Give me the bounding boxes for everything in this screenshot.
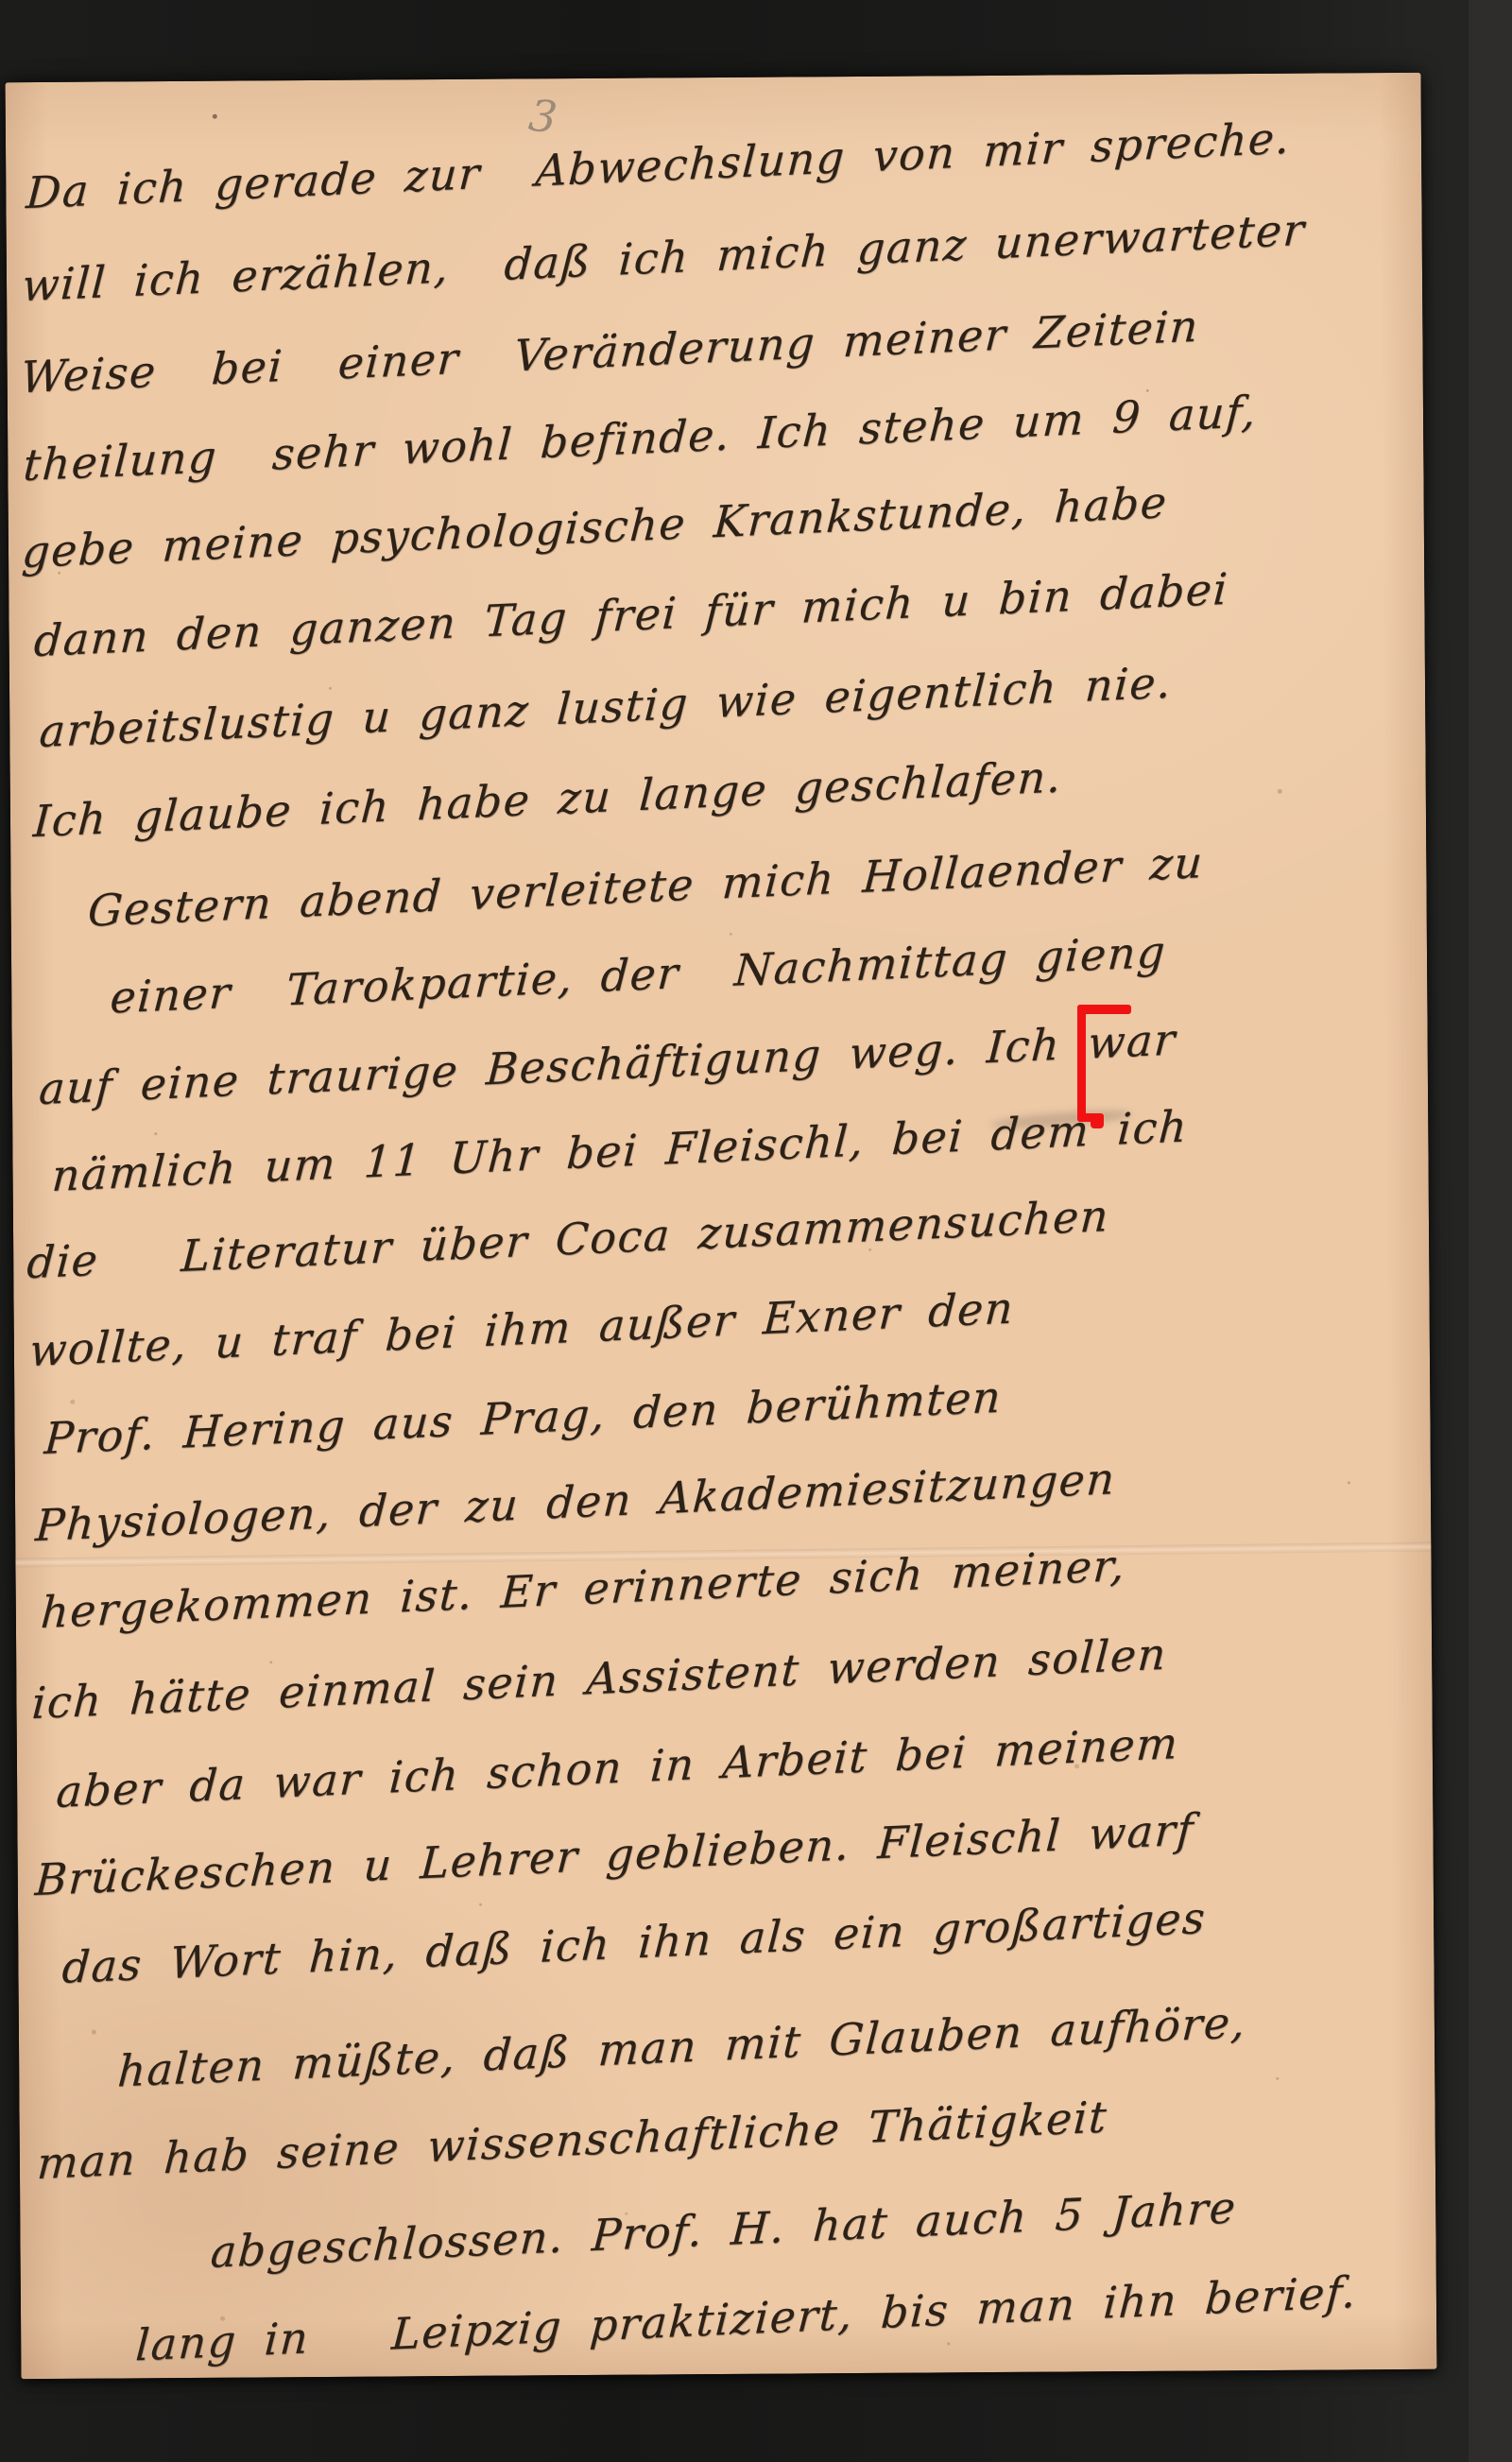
handwriting-line: dann den ganzen Tag frei für mich u bin … <box>32 561 1229 668</box>
handwriting-line: Brückeschen u Lehrer geblieben. Fleischl… <box>33 1801 1195 1907</box>
handwriting-line: einer Tarokpartie, der Nachmittag gieng <box>109 924 1168 1025</box>
handwriting-line: Physiologen, der zu den Akademiesitzunge… <box>34 1451 1118 1553</box>
handwriting-line: wollte, u traf bei ihm außer Exner den <box>28 1281 1016 1379</box>
paper-speckles <box>6 82 9 85</box>
handwriting-line: aber da war ich schon in Arbeit bei mein… <box>55 1715 1180 1819</box>
handwriting-line: nämlich um 11 Uhr bei Fleischl, bei dem … <box>50 1098 1190 1203</box>
red-bracket-bottom-nub <box>1091 1119 1104 1128</box>
red-bracket-annotation <box>1077 1005 1143 1131</box>
red-bracket-top-arm <box>1077 1005 1131 1014</box>
handwriting-line: Gestern abend verleitete mich Hollaender… <box>86 835 1205 938</box>
handwriting-line: das Wort hin, daß ich ihn als ein großar… <box>60 1890 1208 1995</box>
handwriting-line: arbeitslustig u ganz lustig wie eigentli… <box>38 655 1174 760</box>
handwriting-line: Da ich gerade zur Abwechslung von mir sp… <box>25 111 1293 221</box>
handwriting-line: lang in Leipzig praktiziert, bis man ihn… <box>134 2264 1359 2373</box>
handwriting-line: halten müßte, daß man mit Glauben aufhör… <box>116 1994 1248 2098</box>
handwriting-line: die Literatur über Coca zusammensuchen <box>26 1188 1111 1290</box>
handwriting-line: gebe meine psychologische Krankstunde, h… <box>21 474 1170 579</box>
manuscript-page: Da ich gerade zur Abwechslung von mir sp… <box>6 73 1437 2379</box>
scanned-letter-screenshot: { "doc": { "page_number": "3", "lines": … <box>0 0 1512 2462</box>
handwriting-line: ich hätte einmal sein Assistent werden s… <box>30 1627 1169 1731</box>
handwriting-line: auf eine traurige Beschäftigung weg. Ich… <box>38 1011 1178 1116</box>
handwriting-line: will ich erzählen, daß ich mich ganz une… <box>21 202 1307 313</box>
handwriting-line: abgeschlossen. Prof. H. hat auch 5 Jahre <box>209 2179 1238 2280</box>
handwriting-line: man hab seine wissenschaftliche Thätigke… <box>36 2089 1109 2191</box>
handwriting-line: theilung sehr wohl befinde. Ich stehe um… <box>22 384 1259 492</box>
handwriting-line: Prof. Hering aus Prag, den berühmten <box>43 1369 1004 1466</box>
handwriting-line: Ich glaube ich habe zu lange geschlafen. <box>32 749 1064 849</box>
scan-background-right-band <box>1469 0 1512 2462</box>
handwriting-line: Weise bei einer Veränderung meiner Zeite… <box>19 299 1200 405</box>
red-bracket-vertical-bar <box>1077 1005 1086 1122</box>
